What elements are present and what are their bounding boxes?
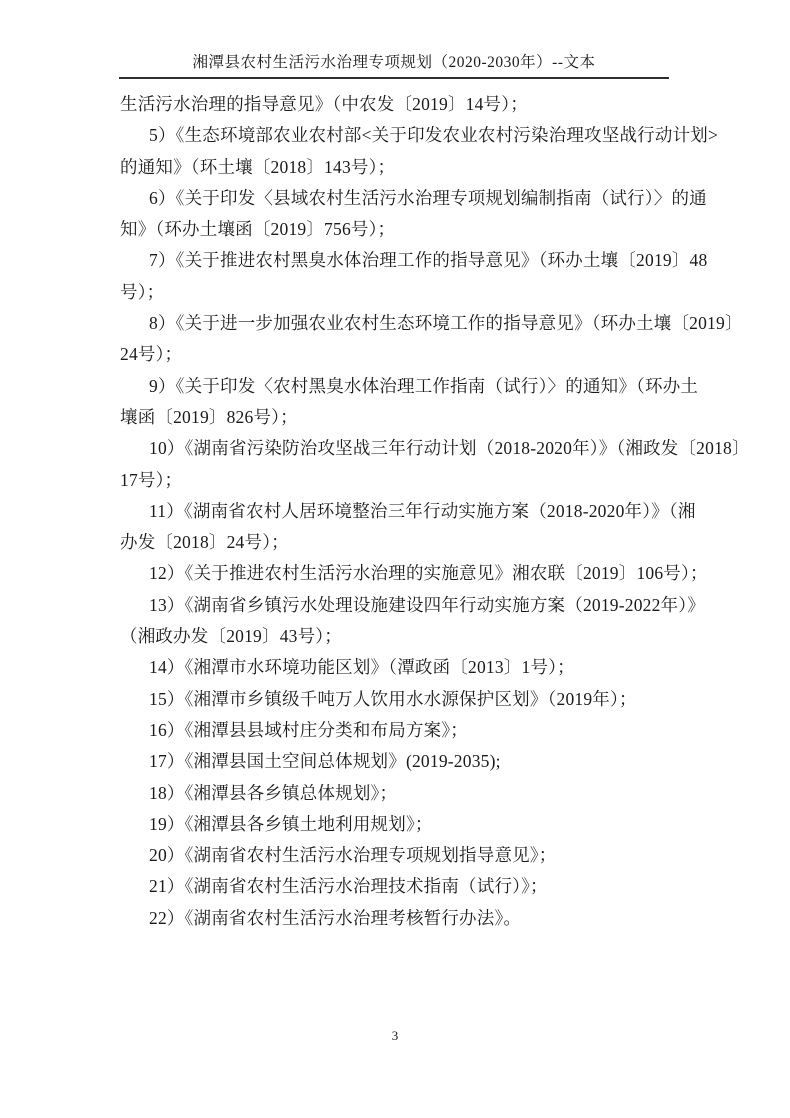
text-line: 15）《湘潭市乡镇级千吨万人饮用水水源保护区划》（2019年）； [120,684,676,715]
text-line: （湘政办发〔2019〕43号）； [120,621,676,652]
text-line: 8）《关于进一步加强农业农村生态环境工作的指导意见》（环办土壤〔2019〕 [120,308,676,339]
text-line: 11）《湖南省农村人居环境整治三年行动实施方案（2018-2020年）》（湘 [120,496,676,527]
text-line: 6）《关于印发〈县域农村生活污水治理专项规划编制指南（试行）〉的通 [120,183,676,214]
text-line: 7）《关于推进农村黑臭水体治理工作的指导意见》（环办土壤〔2019〕48 [120,245,676,276]
text-line: 知》（环办土壤函〔2019〕756号）； [120,214,676,245]
text-line: 9）《关于印发〈农村黑臭水体治理工作指南（试行）〉的通知》（环办土 [120,371,676,402]
page-header-title: 湘潭县农村生活污水治理专项规划（2020-2030年）--文本 [119,50,669,79]
text-line: 壤函〔2019〕826号）； [120,402,676,433]
text-line: 16）《湘潭县县域村庄分类和布局方案》； [120,715,676,746]
text-line: 12）《关于推进农村生活污水治理的实施意见》湘农联〔2019〕106号）； [120,558,676,589]
text-line: 20）《湖南省农村生活污水治理专项规划指导意见》； [120,840,676,871]
text-line: 18）《湘潭县各乡镇总体规划》； [120,778,676,809]
text-line: 17号）； [120,465,676,496]
text-line: 13）《湖南省乡镇污水处理设施建设四年行动实施方案（2019-2022年）》 [120,590,676,621]
text-line: 办发〔2018〕24号）； [120,527,676,558]
text-line: 21）《湖南省农村生活污水治理技术指南（试行）》； [120,871,676,902]
text-line: 生活污水治理的指导意见》（中农发〔2019〕14号）； [120,89,676,120]
text-line: 5）《生态环境部农业农村部<关于印发农业农村污染治理攻坚战行动计划> [120,120,676,151]
text-line: 的通知》（环土壤〔2018〕143号）； [120,152,676,183]
text-line: 24号）； [120,339,676,370]
text-line: 22）《湖南省农村生活污水治理考核暂行办法》。 [120,903,676,934]
text-line: 17）《湘潭县国土空间总体规划》(2019-2035); [120,746,676,777]
text-line: 14）《湘潭市水环境功能区划》（潭政函〔2013〕1号）； [120,652,676,683]
text-line: 19）《湘潭县各乡镇土地利用规划》； [120,809,676,840]
text-line: 10）《湖南省污染防治攻坚战三年行动计划（2018-2020年）》（湘政发〔20… [120,433,676,464]
page-number: 3 [0,1028,790,1044]
body-text: 生活污水治理的指导意见》（中农发〔2019〕14号）；5）《生态环境部农业农村部… [120,89,676,934]
document-page: 湘潭县农村生活污水治理专项规划（2020-2030年）--文本 生活污水治理的指… [0,0,790,1118]
text-line: 号）； [120,277,676,308]
